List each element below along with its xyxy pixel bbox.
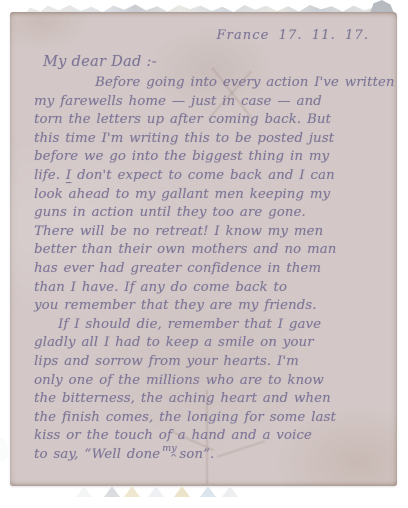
letter-line: kiss or the touch of a hand and a voice [34, 427, 394, 446]
torn-scrap-bottom [174, 486, 190, 497]
insertion-caret: ^ [170, 450, 178, 469]
torn-scrap-bottom [222, 486, 238, 497]
torn-scrap-bottom [76, 486, 92, 497]
letter-line: my farewells home — just in case — and [34, 93, 394, 112]
scanned-letter-photo: France 17. 11. 17. My dear Dad :- Before… [0, 0, 408, 508]
underlined-text: I [66, 168, 71, 183]
letter-line: has ever had greater confidence in them [34, 260, 394, 279]
letter-line: look ahead to my gallant men keeping my [34, 186, 394, 205]
torn-scrap-bottom [124, 486, 140, 497]
letter-line: to say, “Well donemy^son”. [34, 446, 394, 466]
letter-paragraph: Before going into every action I've writ… [34, 74, 394, 316]
letter-line: life. I don't expect to come back and I … [34, 167, 394, 186]
letter-dateline: France 17. 11. 17. [216, 28, 369, 43]
letter-paragraph: If I should die, remember that I gavegla… [34, 316, 394, 466]
torn-scrap-left [0, 438, 8, 462]
letter-line: gladly all I had to keep a smile on your [34, 334, 394, 353]
torn-scrap-bottom [148, 486, 164, 497]
letter-line: the finish comes, the longing for some l… [34, 409, 394, 428]
letter-line: There will be no retreat! I know my men [34, 223, 394, 242]
letter-line: before we go into the biggest thing in m… [34, 148, 394, 167]
letter-line: only one of the millions who are to know [34, 372, 394, 391]
letter-line: better than their own mothers and no man [34, 241, 394, 260]
letter-sheet: France 17. 11. 17. My dear Dad :- Before… [10, 12, 397, 486]
letter-line: Before going into every action I've writ… [34, 74, 394, 93]
letter-line: guns in action until they too are gone. [34, 204, 394, 223]
torn-scrap-bottom [104, 486, 120, 497]
letter-line: you remember that they are my friends. [34, 297, 394, 316]
letter-salutation: My dear Dad :- [43, 54, 157, 70]
letter-line: If I should die, remember that I gave [34, 316, 394, 335]
letter-line: torn the letters up after coming back. B… [34, 111, 394, 130]
letter-line: this time I'm writing this to be posted … [34, 130, 394, 149]
letter-line: than I have. If any do come back to [34, 279, 394, 298]
letter-line: lips and sorrow from your hearts. I'm [34, 353, 394, 372]
letter-body: Before going into every action I've writ… [34, 74, 394, 465]
torn-scrap-bottom [200, 486, 216, 497]
letter-line: the bitterness, the aching heart and whe… [34, 390, 394, 409]
